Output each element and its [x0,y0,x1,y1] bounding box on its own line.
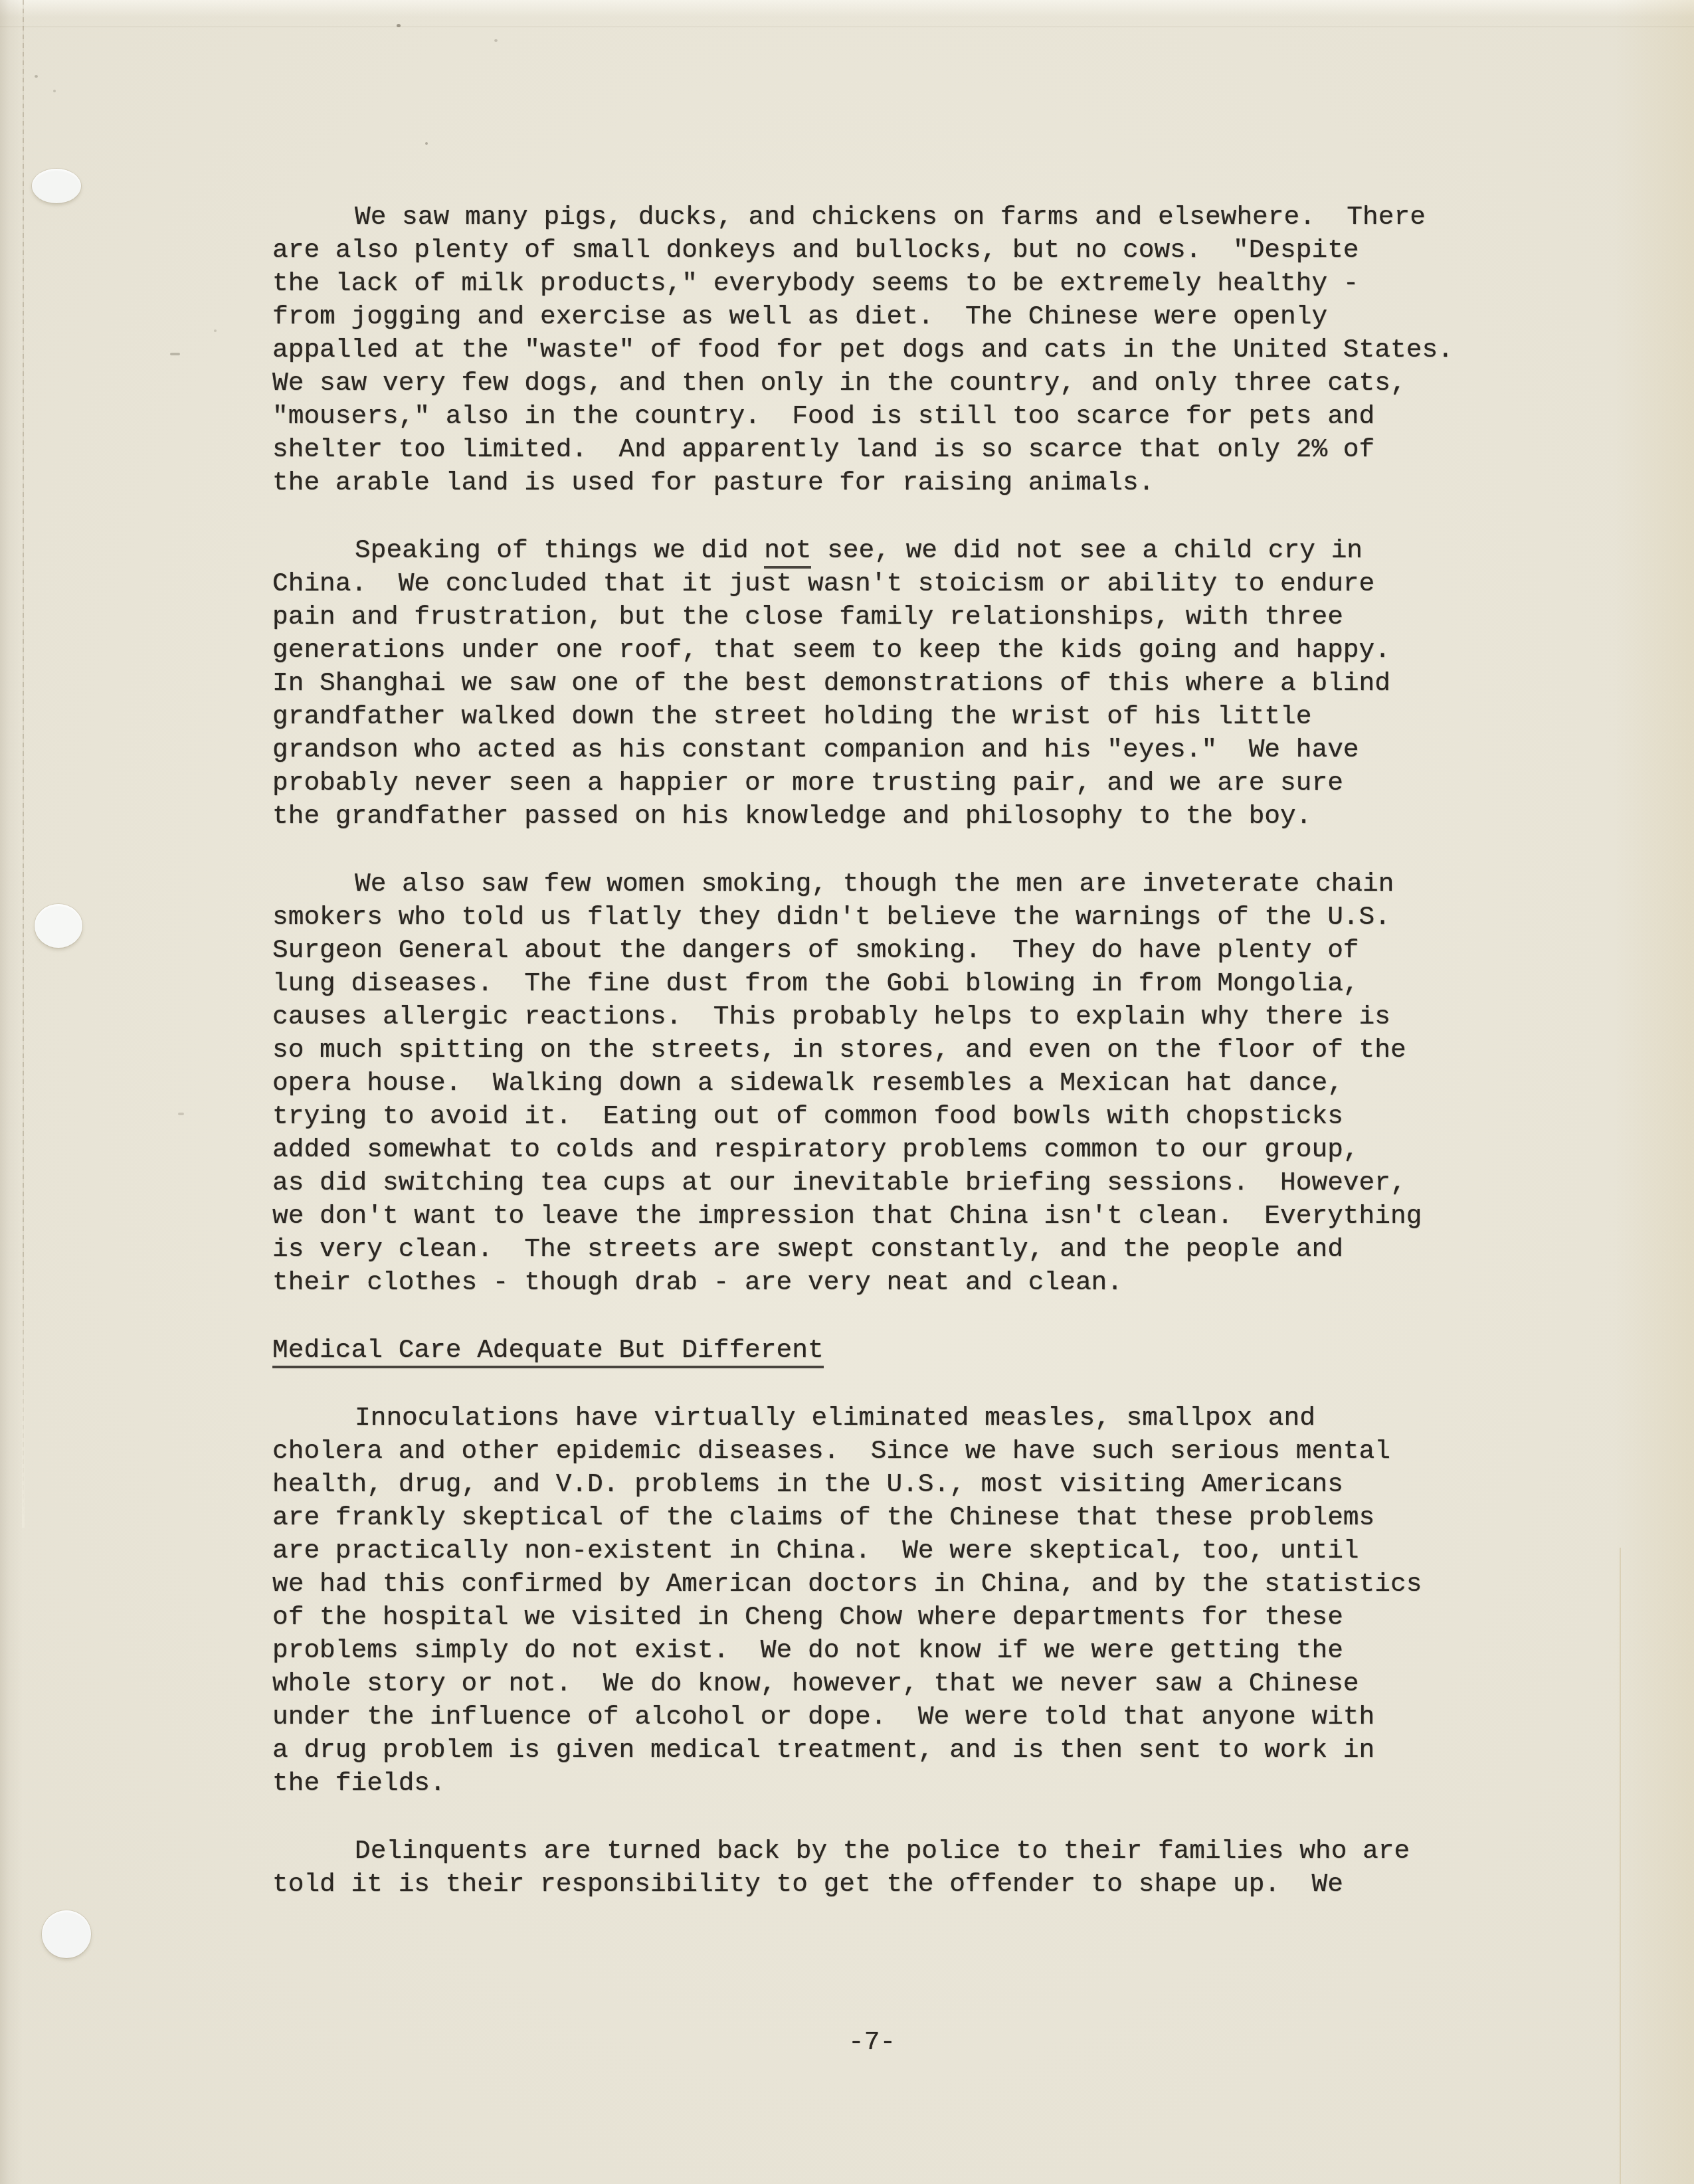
text-line: of the hospital we visited in Cheng Chow… [272,1601,1454,1634]
text-segment: is very clean. The streets are swept con… [272,1234,1343,1264]
text-line: Medical Care Adequate But Different [272,1334,1454,1367]
document-body: We saw many pigs, ducks, and chickens on… [272,201,1454,1936]
text-line: trying to avoid it. Eating out of common… [272,1100,1454,1133]
text-segment: we had this confirmed by American doctor… [272,1569,1422,1599]
text-segment: grandfather walked down the street holdi… [272,701,1311,731]
text-segment: We saw very few dogs, and then only in t… [272,368,1406,398]
dust-speck [170,353,180,355]
dust-speck [397,24,401,27]
text-segment: health, drug, and V.D. problems in the U… [272,1469,1343,1499]
text-line: Innoculations have virtually eliminated … [272,1402,1454,1435]
text-line: the fields. [272,1767,1454,1800]
text-line: lung diseases. The fine dust from the Go… [272,967,1454,1000]
text-line: health, drug, and V.D. problems in the U… [272,1468,1454,1501]
text-line: smokers who told us flatly they didn't b… [272,901,1454,934]
text-segment: In Shanghai we saw one of the best demon… [272,668,1390,698]
text-segment: trying to avoid it. Eating out of common… [272,1101,1343,1131]
text-segment: added somewhat to colds and respiratory … [272,1135,1359,1164]
text-line: Speaking of things we did not see, we di… [272,534,1454,567]
page-number: -7- [848,2026,895,2059]
text-segment: Surgeon General about the dangers of smo… [272,935,1359,965]
text-segment: are practically non-existent in China. W… [272,1536,1359,1566]
text-segment: the grandfather passed on his knowledge … [272,801,1311,831]
text-line: are also plenty of small donkeys and bul… [272,234,1454,267]
text-segment: so much spitting on the streets, in stor… [272,1035,1406,1065]
text-segment: of the hospital we visited in Cheng Chow… [272,1602,1343,1632]
text-segment: Delinquents are turned back by the polic… [355,1836,1410,1866]
text-segment: see, we did not see a child cry in [811,535,1363,565]
text-line: told it is their responsibility to get t… [272,1868,1454,1901]
dust-speck [214,329,217,332]
paragraph: Innoculations have virtually eliminated … [272,1402,1454,1800]
text-line: added somewhat to colds and respiratory … [272,1133,1454,1166]
text-line: In Shanghai we saw one of the best demon… [272,667,1454,700]
text-line: We also saw few women smoking, though th… [272,867,1454,901]
text-line: Surgeon General about the dangers of smo… [272,934,1454,967]
text-line: Delinquents are turned back by the polic… [272,1835,1454,1868]
text-segment: shelter too limited. And apparently land… [272,434,1374,464]
text-line: probably never seen a happier or more tr… [272,767,1454,800]
text-segment: told it is their responsibility to get t… [272,1869,1343,1899]
text-segment: are also plenty of small donkeys and bul… [272,235,1359,265]
text-line: causes allergic reactions. This probably… [272,1000,1454,1034]
text-line: so much spitting on the streets, in stor… [272,1034,1454,1067]
text-segment: causes allergic reactions. This probably… [272,1002,1390,1032]
text-segment: grandson who acted as his constant compa… [272,735,1359,765]
text-segment: We also saw few women smoking, though th… [355,869,1394,899]
text-segment: problems simply do not exist. We do not … [272,1635,1343,1665]
text-segment: cholera and other epidemic diseases. Sin… [272,1436,1390,1466]
text-line: whole story or not. We do know, however,… [272,1667,1454,1700]
text-line: is very clean. The streets are swept con… [272,1233,1454,1266]
hole-punch [32,169,81,203]
text-line: We saw many pigs, ducks, and chickens on… [272,201,1454,234]
text-segment: the arable land is used for pasture for … [272,468,1154,498]
hole-punch [35,904,82,948]
text-line: the lack of milk products," everybody se… [272,267,1454,300]
dust-speck [35,75,38,78]
paragraph: We saw many pigs, ducks, and chickens on… [272,201,1454,500]
text-segment: the lack of milk products," everybody se… [272,268,1359,298]
text-segment: opera house. Walking down a sidewalk res… [272,1068,1343,1098]
text-line: opera house. Walking down a sidewalk res… [272,1067,1454,1100]
text-line: China. We concluded that it just wasn't … [272,567,1454,600]
text-segment: probably never seen a happier or more tr… [272,768,1343,798]
text-segment: whole story or not. We do know, however,… [272,1669,1359,1698]
paragraph: Speaking of things we did not see, we di… [272,534,1454,833]
text-line: shelter too limited. And apparently land… [272,433,1454,466]
page-edge-line [1620,1548,1621,2184]
paper-top-crease [0,27,1694,27]
text-segment: a drug problem is given medical treatmen… [272,1735,1374,1765]
text-segment: "mousers," also in the country. Food is … [272,401,1374,431]
text-line: we had this confirmed by American doctor… [272,1568,1454,1601]
paragraph: We also saw few women smoking, though th… [272,867,1454,1299]
text-segment: pain and frustration, but the close fami… [272,602,1343,632]
text-segment: Innoculations have virtually eliminated … [355,1403,1315,1433]
text-line: problems simply do not exist. We do not … [272,1634,1454,1667]
text-segment: we don't want to leave the impression th… [272,1201,1422,1231]
dust-speck [53,90,56,92]
text-segment: We saw many pigs, ducks, and chickens on… [355,202,1426,232]
paragraph: Delinquents are turned back by the polic… [272,1835,1454,1901]
text-line: grandson who acted as his constant compa… [272,733,1454,767]
dust-speck [494,39,498,42]
text-line: cholera and other epidemic diseases. Sin… [272,1435,1454,1468]
text-segment: lung diseases. The fine dust from the Go… [272,968,1359,998]
text-line: we don't want to leave the impression th… [272,1200,1454,1233]
text-segment: appalled at the "waste" of food for pet … [272,335,1454,365]
hole-punch [42,1910,91,1958]
text-line: are frankly skeptical of the claims of t… [272,1501,1454,1534]
text-line: a drug problem is given medical treatmen… [272,1734,1454,1767]
text-segment: under the influence of alcohol or dope. … [272,1702,1374,1732]
text-segment: as did switching tea cups at our inevita… [272,1168,1406,1198]
text-line: the grandfather passed on his knowledge … [272,800,1454,833]
paper-crease-fade [22,1262,25,1528]
underlined-text: not [764,535,811,569]
text-line: grandfather walked down the street holdi… [272,700,1454,733]
text-line: appalled at the "waste" of food for pet … [272,333,1454,367]
text-segment: their clothes - though drab - are very n… [272,1267,1123,1297]
text-line: pain and frustration, but the close fami… [272,600,1454,634]
text-segment: are frankly skeptical of the claims of t… [272,1502,1374,1532]
text-line: as did switching tea cups at our inevita… [272,1166,1454,1200]
scanned-document-page: We saw many pigs, ducks, and chickens on… [0,0,1694,2184]
text-line: their clothes - though drab - are very n… [272,1266,1454,1299]
dust-speck [178,1113,184,1115]
text-line: under the influence of alcohol or dope. … [272,1700,1454,1734]
dust-speck [425,142,428,145]
section-heading: Medical Care Adequate But Different [272,1334,1454,1367]
text-line: generations under one roof, that seem to… [272,634,1454,667]
text-line: are practically non-existent in China. W… [272,1534,1454,1568]
text-line: "mousers," also in the country. Food is … [272,400,1454,433]
text-segment: generations under one roof, that seem to… [272,635,1390,665]
text-line: the arable land is used for pasture for … [272,466,1454,500]
text-segment: smokers who told us flatly they didn't b… [272,902,1390,932]
text-segment: from jogging and exercise as well as die… [272,302,1327,331]
text-line: from jogging and exercise as well as die… [272,300,1454,333]
text-segment: China. We concluded that it just wasn't … [272,569,1374,598]
underlined-text: Medical Care Adequate But Different [272,1335,824,1368]
text-line: We saw very few dogs, and then only in t… [272,367,1454,400]
text-segment: the fields. [272,1768,446,1798]
text-segment: Speaking of things we did [355,535,764,565]
